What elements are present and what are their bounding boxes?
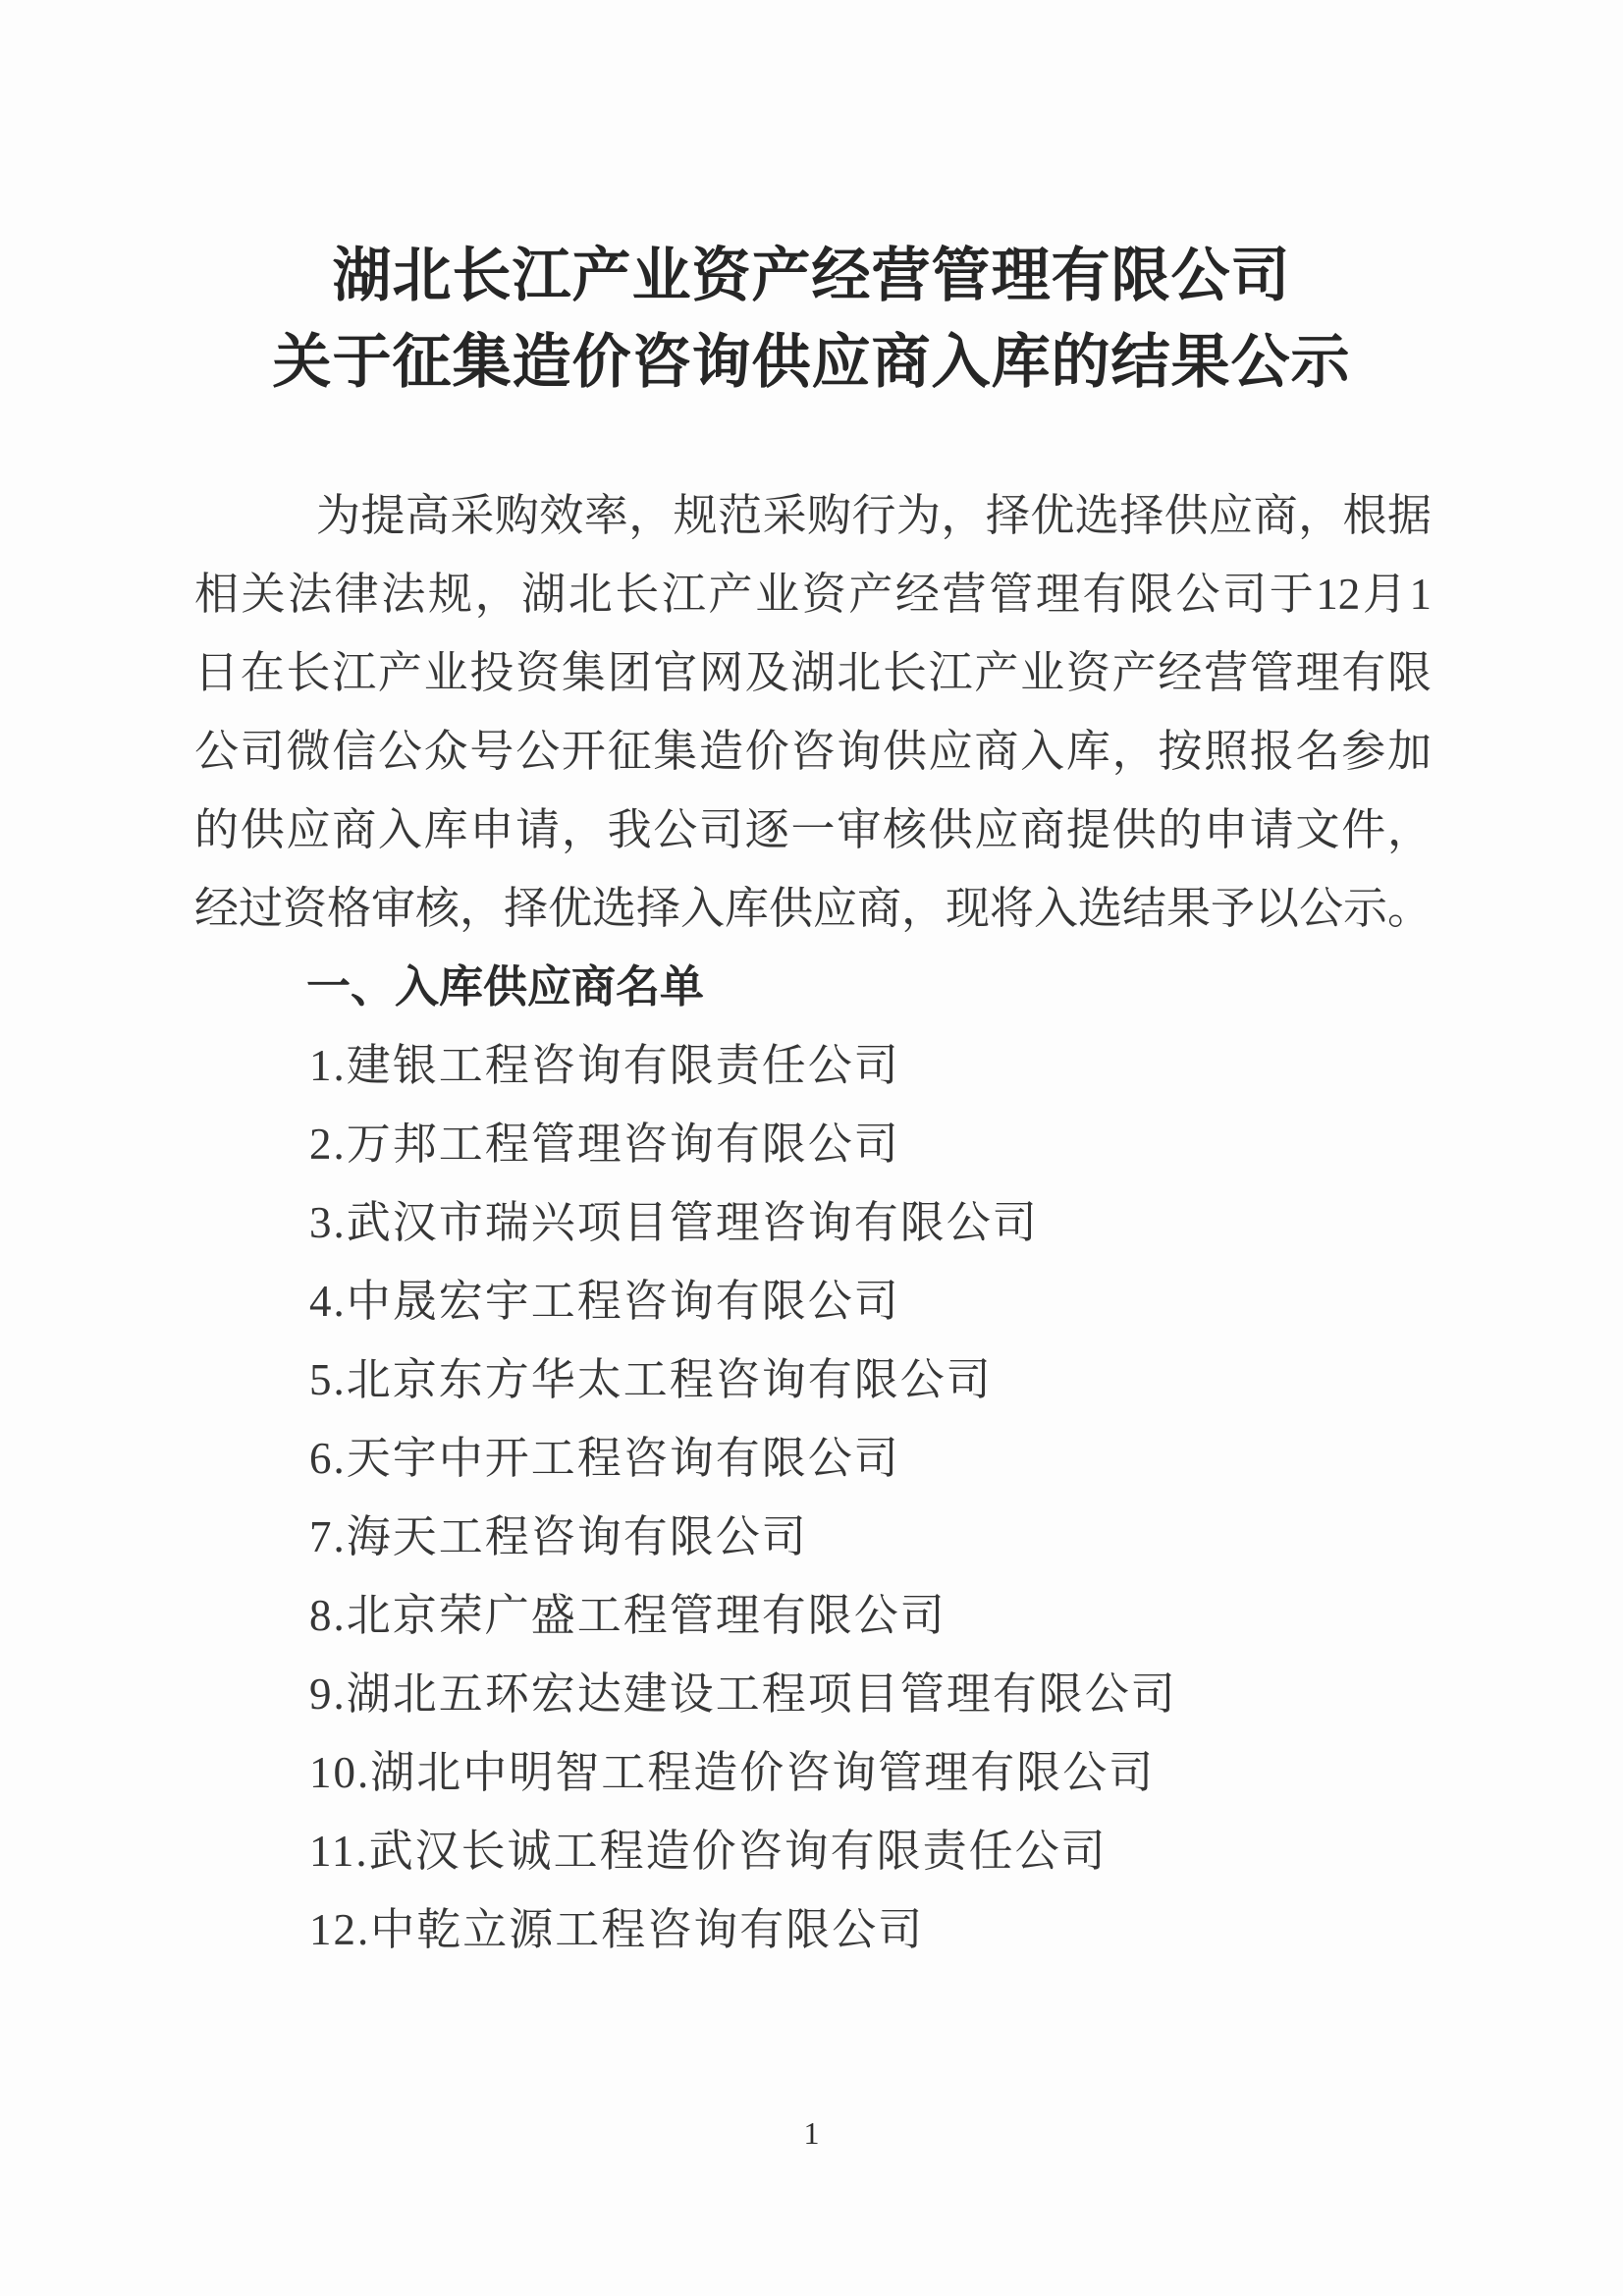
supplier-list-item: 12.中乾立源工程咨询有限公司 [309,1890,1432,1969]
paragraph-line: 的供应商入库申请，我公司逐一审核供应商提供的申请文件， [194,791,1432,869]
page-number: 1 [0,2108,1623,2158]
paragraph-line: 相关法律法规，湖北长江产业资产经营管理有限公司于12月1 [194,555,1432,633]
supplier-list-item: 2.万邦工程管理咨询有限公司 [309,1105,1432,1183]
supplier-list-item: 8.北京荣广盛工程管理有限公司 [309,1576,1432,1655]
paragraph-line: 公司微信公众号公开征集造价咨询供应商入库，按照报名参加 [194,712,1432,791]
paragraph-line: 日在长江产业投资集团官网及湖北长江产业资产经营管理有限 [194,633,1432,712]
supplier-list-item: 3.武汉市瑞兴项目管理咨询有限公司 [309,1183,1432,1262]
supplier-list-item: 6.天宇中开工程咨询有限公司 [309,1419,1432,1498]
supplier-list-item: 5.北京东方华太工程咨询有限公司 [309,1340,1432,1419]
section-heading: 一、入库供应商名单 [306,948,1432,1026]
document-title: 湖北长江产业资产经营管理有限公司 关于征集造价咨询供应商入库的结果公示 [0,233,1623,406]
supplier-list-item: 9.湖北五环宏达建设工程项目管理有限公司 [309,1655,1432,1733]
supplier-list-item: 10.湖北中明智工程造价咨询管理有限公司 [309,1733,1432,1812]
supplier-list-item: 11.武汉长诚工程造价咨询有限责任公司 [309,1812,1432,1890]
supplier-list: 1.建银工程咨询有限责任公司2.万邦工程管理咨询有限公司3.武汉市瑞兴项目管理咨… [194,1026,1432,1969]
document-page: 湖北长江产业资产经营管理有限公司 关于征集造价咨询供应商入库的结果公示 为提高采… [0,0,1623,2296]
supplier-list-item: 4.中晟宏宇工程咨询有限公司 [309,1262,1432,1340]
paragraph-line: 为提高采购效率，规范采购行为，择优选择供应商，根据 [194,476,1432,555]
document-title-line2: 关于征集造价咨询供应商入库的结果公示 [0,319,1623,406]
supplier-list-item: 7.海天工程咨询有限公司 [309,1498,1432,1576]
document-title-line1: 湖北长江产业资产经营管理有限公司 [0,233,1623,319]
document-body: 为提高采购效率，规范采购行为，择优选择供应商，根据相关法律法规，湖北长江产业资产… [194,476,1432,1969]
supplier-list-item: 1.建银工程咨询有限责任公司 [309,1026,1432,1105]
intro-paragraph: 为提高采购效率，规范采购行为，择优选择供应商，根据相关法律法规，湖北长江产业资产… [194,476,1432,948]
paragraph-line: 经过资格审核，择优选择入库供应商，现将入选结果予以公示。 [194,869,1432,948]
